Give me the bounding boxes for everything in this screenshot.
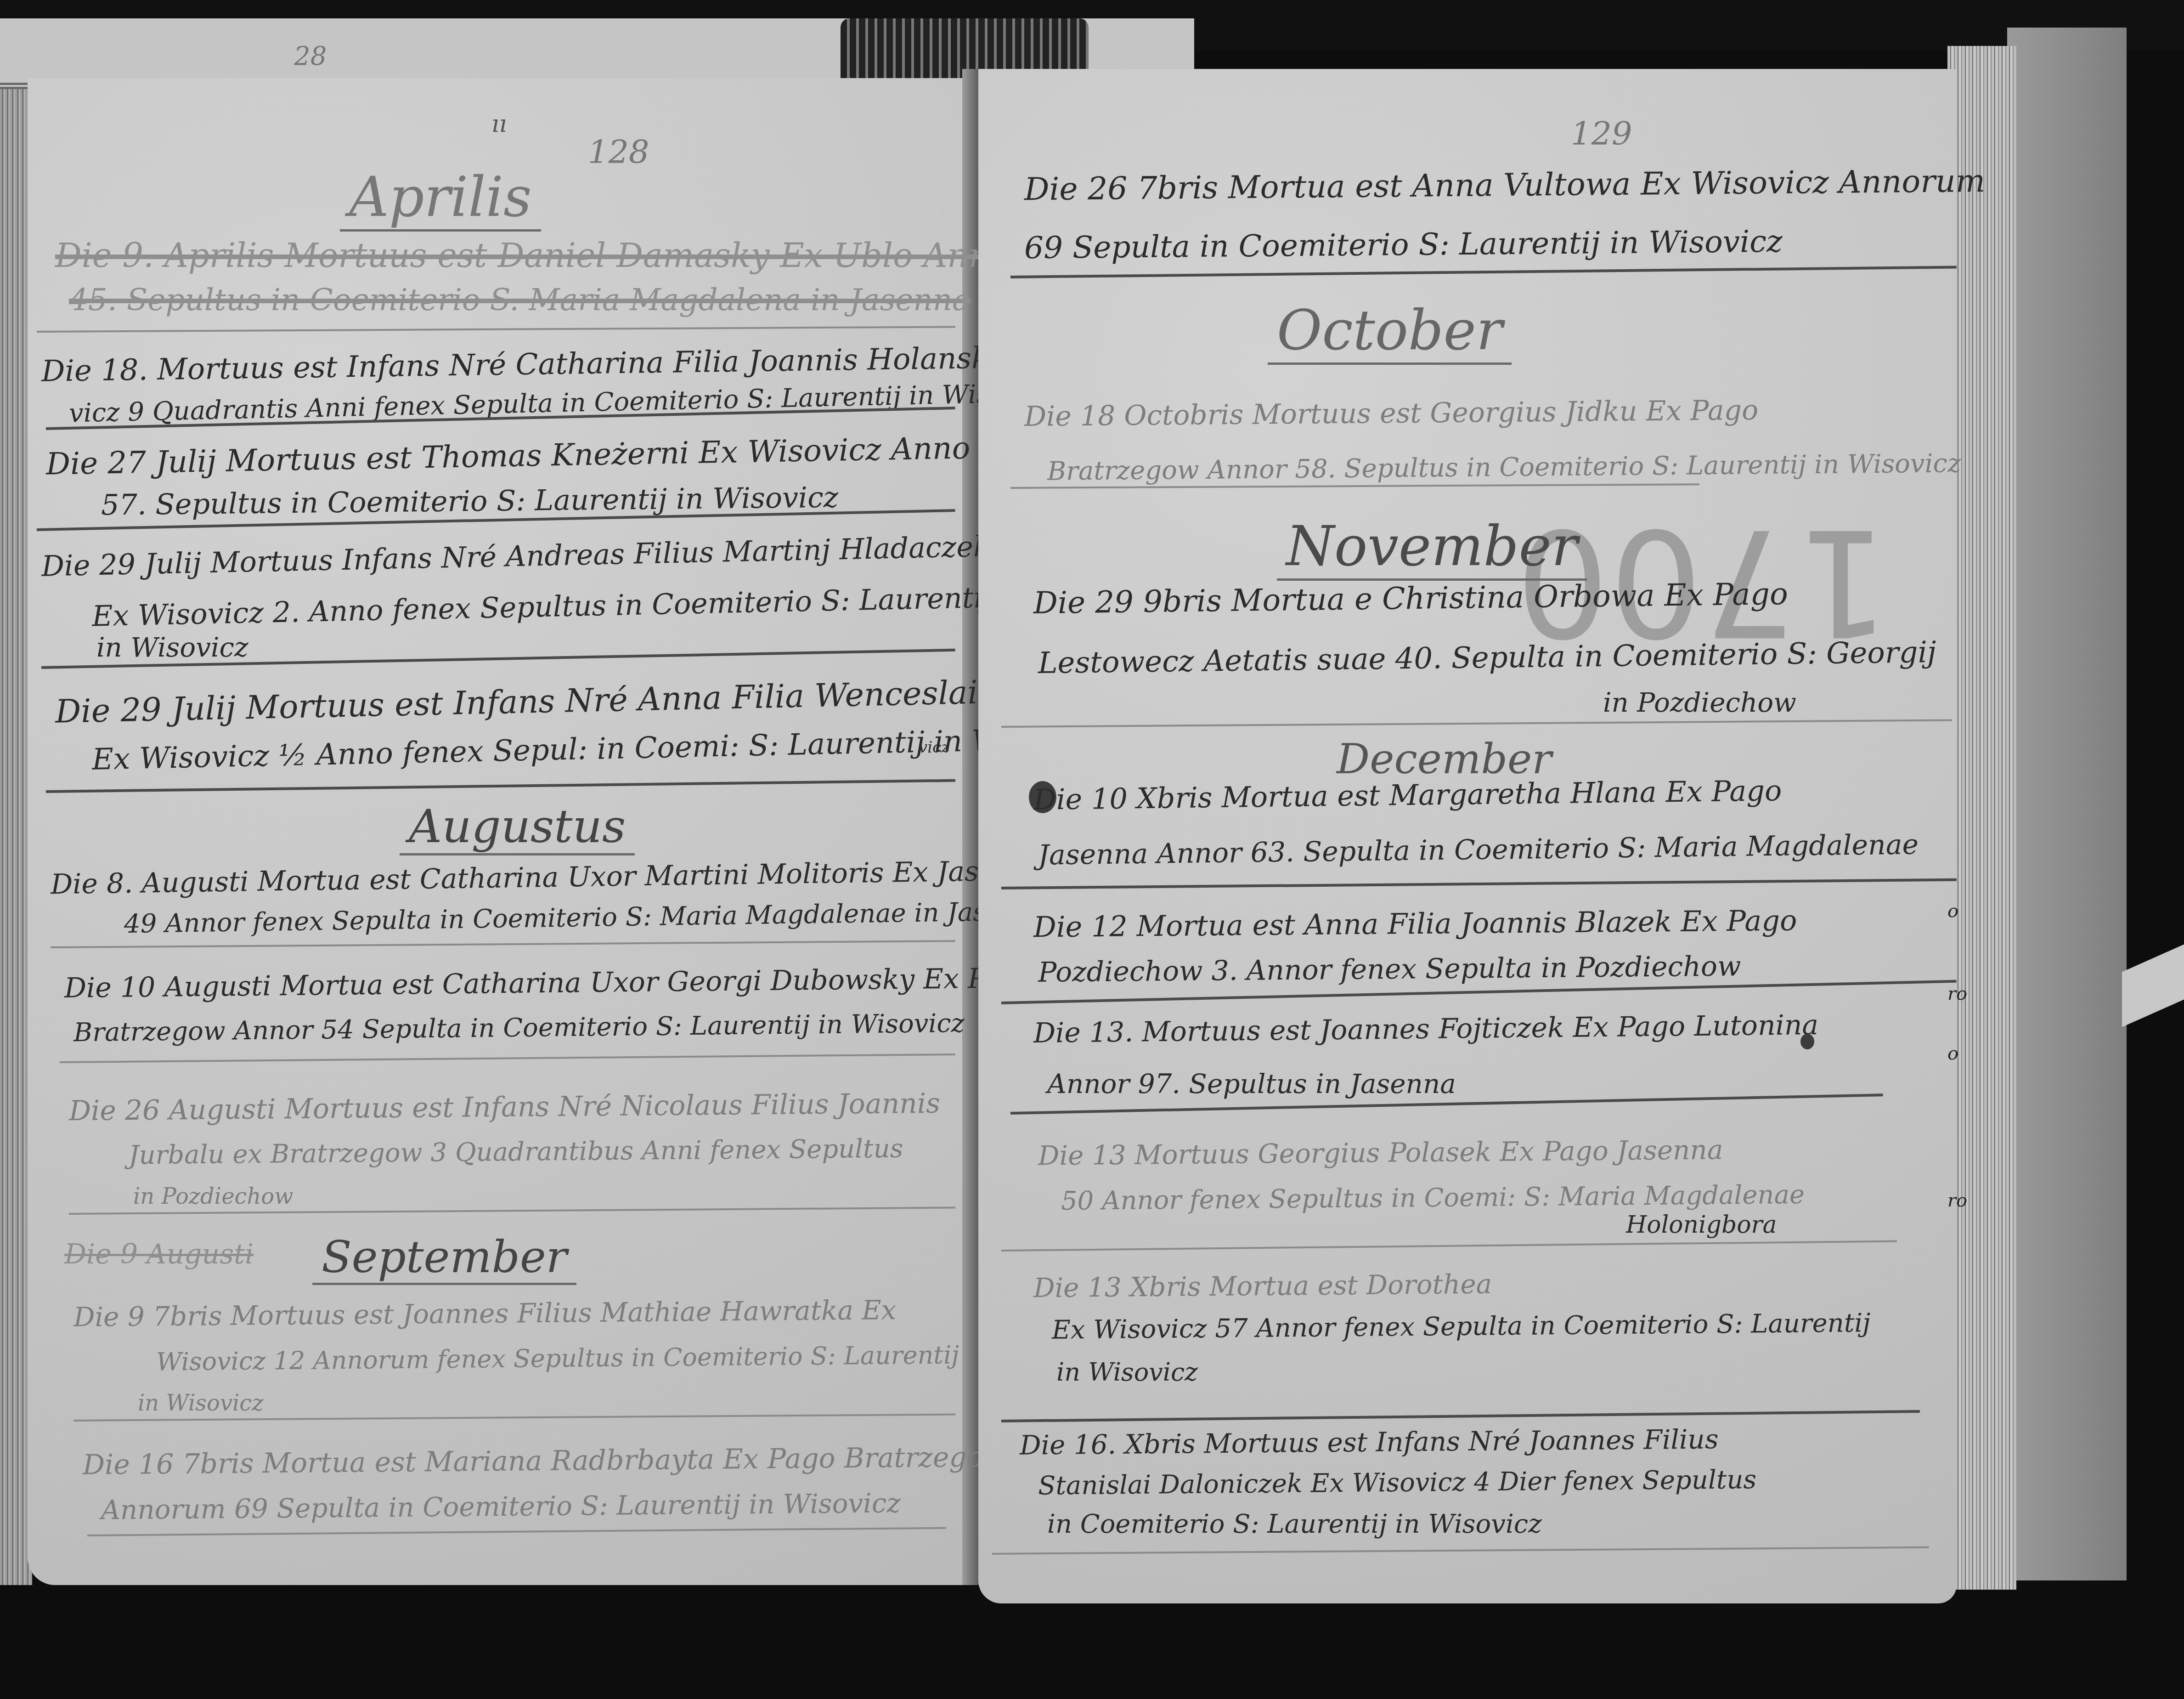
margin-mark: ro [1947,983,1967,1004]
month-heading-december: December [1327,735,1561,783]
entry-line: Annorum 69 Sepulta in Coemiterio S: Laur… [101,1489,901,1523]
entry-line: Die 13 Xbris Mortua est Dorothea [1033,1271,1492,1302]
page-number-right: 129 [1571,115,1632,153]
month-heading-augustus: Augustus [400,799,635,855]
entry-line: Pozdiechow 3. Annor fenex Sepulta in Poz… [1038,952,1741,986]
book-cover-edge [2007,28,2127,1580]
margin-mark: o [1947,900,1958,922]
entry-line: Ex Wisovicz 57 Annor fenex Sepulta in Co… [1052,1310,1871,1343]
entry-line: in Wisovicz [138,1392,264,1414]
entry-line: Bratrzegow Annor 58. Sepultus in Coemite… [1047,451,1961,484]
ink-blot [1800,1034,1814,1049]
entry-line: 69 Sepulta in Coemiterio S: Laurentij in… [1024,227,1783,263]
entry-line: Die 10 Xbris Mortua est Margaretha Hlana… [1033,776,1782,814]
entry-line: Die 16. Xbris Mortuus est Infans Nré Joa… [1020,1426,1719,1458]
entry-line: vicz [919,740,949,755]
entry-line: in Pozdiechow [1603,689,1796,716]
corner-mark: ıı [491,110,507,138]
margin-mark: o [1947,1043,1958,1064]
struck-entry-line: Die 9. Aprilis Mortuus est Daniel Damask… [55,239,1078,272]
entry-line: Die 26 7bris Mortua est Anna Vultowa Ex … [1024,166,1986,205]
entry-line: in Wisovicz [96,634,248,661]
struck-entry-line: 45. Sepultus in Coemiterio S. Maria Magd… [69,285,971,315]
entry-line: in Pozdiechow [133,1185,293,1207]
month-heading-november: November [1277,515,1587,581]
entry-line: in Wisovicz [1056,1360,1198,1385]
entry-line: 50 Annor fenex Sepultus in Coemi: S: Mar… [1061,1182,1805,1214]
top-scribble: 28 [294,41,327,71]
page-number-left: 128 [588,133,649,171]
month-heading-october: October [1268,299,1512,365]
entry-line: Die 16 7bris Mortua est Mariana Radbrbay… [83,1443,1007,1479]
entry-line: Stanislai Daloniczek Ex Wisovicz 4 Dier … [1038,1467,1756,1499]
binding-strap [2122,939,2184,1027]
entry-line: Holonigbora [1626,1213,1777,1237]
entry-line: Die 29 9bris Mortua e Christina Orbowa E… [1033,579,1788,618]
entry-line: Die 18 Octobris Mortuus est Georgius Jid… [1024,396,1759,430]
entry-line: Wisovicz 12 Annorum fenex Sepultus in Co… [156,1342,959,1374]
entry-line: Die 13 Mortuus Georgius Polasek Ex Pago … [1038,1136,1723,1169]
entry-line: Die 26 Augusti Mortuus est Infans Nré Ni… [69,1090,940,1125]
right-page-stack [1947,46,2016,1590]
month-heading-aprilis: Aprilis [340,165,541,232]
entry-line: Die 9 7bris Mortuus est Joannes Filius M… [73,1297,897,1331]
entry-line: in Coemiterio S: Laurentij in Wisovicz [1047,1512,1542,1537]
entry-line: Jurbalu ex Bratrzegow 3 Quadrantibus Ann… [129,1136,903,1169]
entry-line: Annor 97. Sepultus in Jasenna [1047,1070,1456,1097]
margin-mark: ro [1947,1190,1967,1211]
entry-line: Die 12 Mortua est Anna Filia Joannis Bla… [1033,906,1797,942]
struck-entry-prefix: Die 9 Augusti [64,1240,254,1268]
entry-line: Die 13. Mortuus est Joannes Fojticzek Ex… [1033,1011,1819,1047]
month-heading-september: September [312,1231,576,1285]
